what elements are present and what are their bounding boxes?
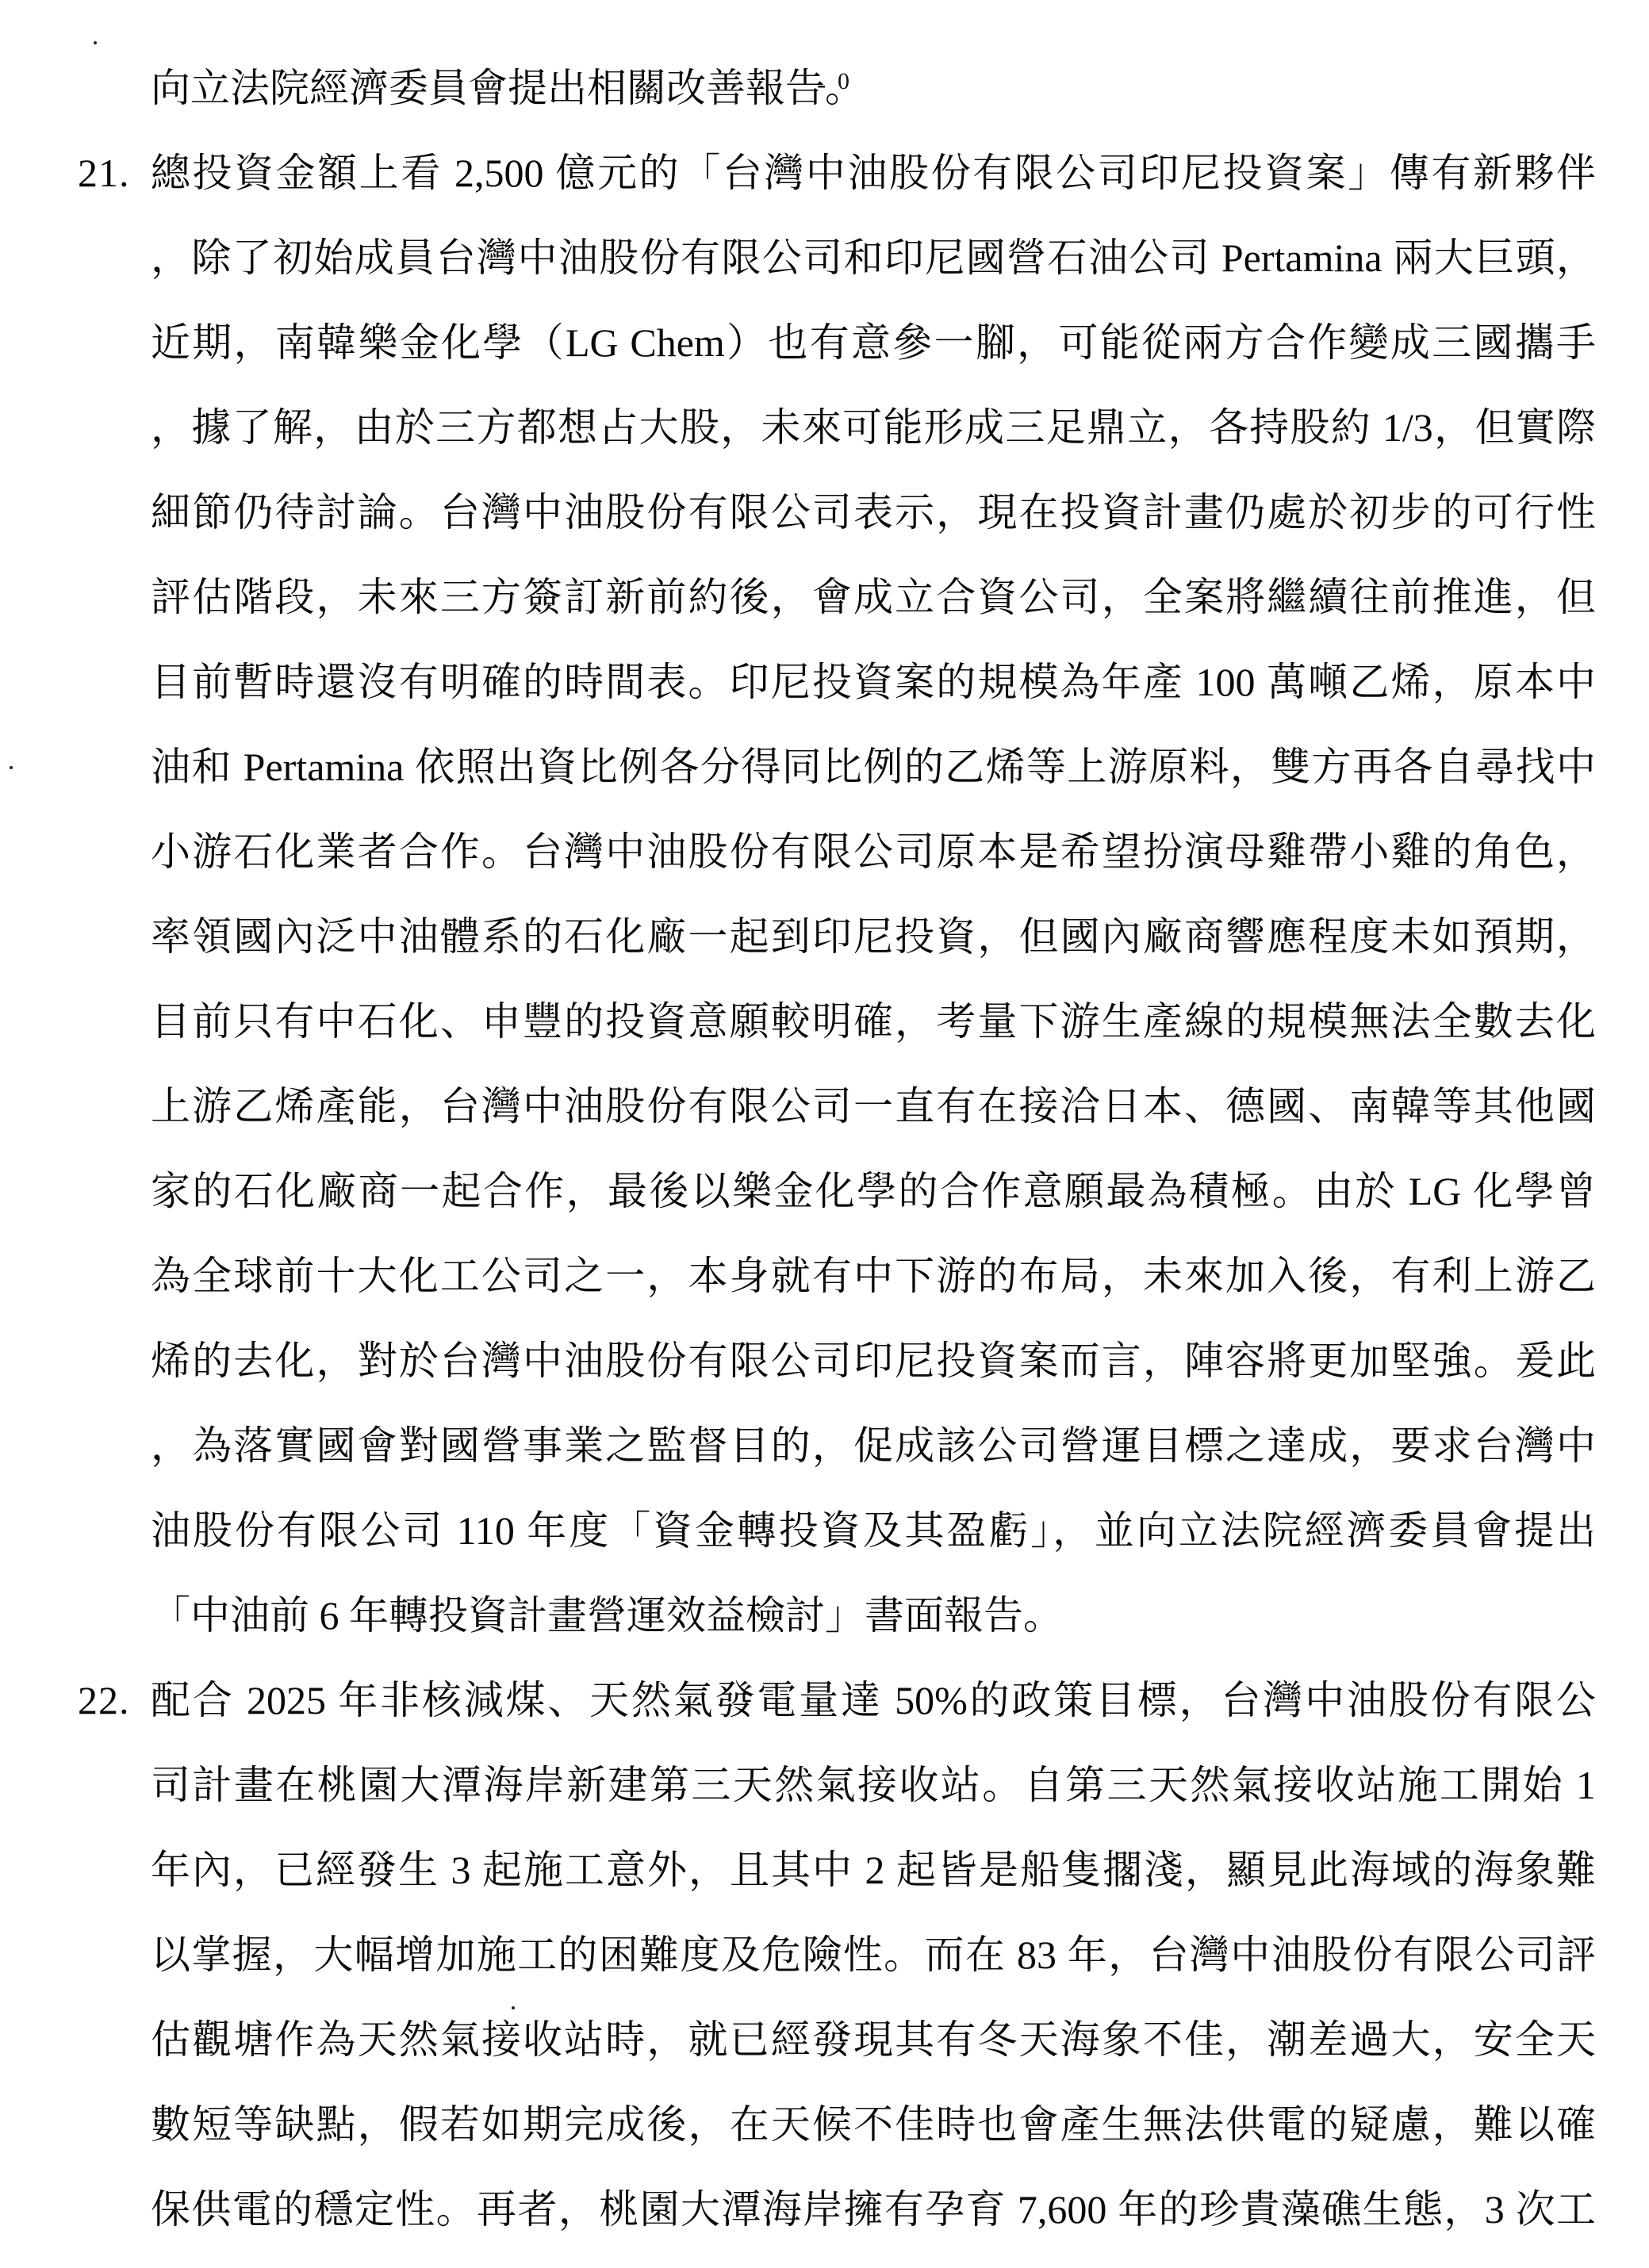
scan-speck [512, 2006, 515, 2009]
text-line: 上游乙烯產能，台灣中油股份有限公司一直有在接洽日本、德國、南韓等其他國 [151, 1064, 1596, 1149]
line-text: 細節仍待討論。台灣中油股份有限公司表示，現在投資計畫仍處於初步的可行性 [151, 490, 1596, 534]
line-text: 估觀塘作為天然氣接收站時，就已經發現其有冬天海象不佳，潮差過大，安全天 [151, 2017, 1596, 2062]
line-text: 烯的去化，對於台灣中油股份有限公司印尼投資案而言，陣容將更加堅強。爰此 [151, 1339, 1596, 1383]
line-text: 上游乙烯產能，台灣中油股份有限公司一直有在接洽日本、德國、南韓等其他國 [151, 1084, 1596, 1128]
line-text: ，據了解，由於三方都想占大股，未來可能形成三足鼎立，各持股約 1/3，但實際 [151, 405, 1596, 450]
document-text-block: 向立法院經濟委員會提出相關改善報告。 21.總投資金額上看 2,500 億元的「… [151, 46, 1596, 2252]
text-line: 22.配合 2025 年非核減煤、天然氣發電量達 50%的政策目標，台灣中油股份… [151, 1658, 1596, 1743]
item-number: 21. [78, 131, 130, 216]
line-text: 年內，已經發生 3 起施工意外，且其中 2 起皆是船隻擱淺，顯見此海域的海象難 [151, 1848, 1596, 1892]
text-line: 目前只有中石化、申豐的投資意願較明確，考量下游生產線的規模無法全數去化 [151, 979, 1596, 1064]
text-line: 21.總投資金額上看 2,500 億元的「台灣中油股份有限公司印尼投資案」傳有新… [151, 131, 1596, 216]
text-line: 估觀塘作為天然氣接收站時，就已經發現其有冬天海象不佳，潮差過大，安全天 [151, 1998, 1596, 2082]
line-text: ，除了初始成員台灣中油股份有限公司和印尼國營石油公司 Pertamina 兩大巨… [151, 236, 1596, 280]
document-page: 向立法院經濟委員會提出相關改善報告。 21.總投資金額上看 2,500 億元的「… [0, 0, 1649, 2268]
text-line: ，為落實國會對國營事業之監督目的，促成該公司營運目標之達成，要求台灣中 [151, 1404, 1596, 1488]
line-text: ，為落實國會對國營事業之監督目的，促成該公司營運目標之達成，要求台灣中 [151, 1423, 1596, 1468]
line-text: 「中油前 6 年轉投資計畫營運效益檢討」書面報告。 [151, 1593, 1063, 1638]
line-text: 評估階段，未來三方簽訂新前約後，會成立合資公司，全案將繼續往前推進，但 [151, 575, 1596, 619]
text-line: 向立法院經濟委員會提出相關改善報告。 [151, 46, 1596, 131]
text-line: 率領國內泛中油體系的石化廠一起到印尼投資，但國內廠商響應程度未如預期， [151, 895, 1596, 979]
text-line: 烯的去化，對於台灣中油股份有限公司印尼投資案而言，陣容將更加堅強。爰此 [151, 1319, 1596, 1404]
line-text: 總投資金額上看 2,500 億元的「台灣中油股份有限公司印尼投資案」傳有新夥伴 [151, 151, 1596, 195]
line-text: 數短等缺點，假若如期完成後，在天候不佳時也會產生無法供電的疑慮，難以確 [151, 2102, 1596, 2147]
text-line: 油和 Pertamina 依照出資比例各分得同比例的乙烯等上游原料，雙方再各自尋… [151, 725, 1596, 810]
item-number: 22. [78, 1658, 130, 1743]
line-text: 近期，南韓樂金化學（LG Chem）也有意參一腳，可能從兩方合作變成三國攜手 [151, 320, 1596, 365]
text-line: 家的石化廠商一起合作，最後以樂金化學的合作意願最為積極。由於 LG 化學曾 [151, 1149, 1596, 1234]
text-line: ，除了初始成員台灣中油股份有限公司和印尼國營石油公司 Pertamina 兩大巨… [151, 216, 1596, 301]
line-text: 保供電的穩定性。再者，桃園大潭海岸擁有孕育 7,600 年的珍貴藻礁生態，3 次… [151, 2187, 1596, 2232]
text-line: 油股份有限公司 110 年度「資金轉投資及其盈虧」，並向立法院經濟委員會提出 [151, 1488, 1596, 1573]
scan-speck [94, 41, 97, 44]
scan-noise-dash: - [817, 71, 826, 98]
line-text: 為全球前十大化工公司之一，本身就有中下游的布局，未來加入後，有利上游乙 [151, 1254, 1596, 1298]
text-line: 數短等缺點，假若如期完成後，在天候不佳時也會產生無法供電的疑慮，難以確 [151, 2082, 1596, 2167]
text-line: 為全球前十大化工公司之一，本身就有中下游的布局，未來加入後，有利上游乙 [151, 1234, 1596, 1319]
text-line: ，據了解，由於三方都想占大股，未來可能形成三足鼎立，各持股約 1/3，但實際 [151, 385, 1596, 470]
text-line: 細節仍待討論。台灣中油股份有限公司表示，現在投資計畫仍處於初步的可行性 [151, 470, 1596, 555]
line-text: 目前暫時還沒有明確的時間表。印尼投資案的規模為年產 100 萬噸乙烯，原本中 [151, 660, 1596, 704]
text-line: 以掌握，大幅增加施工的困難度及危險性。而在 83 年，台灣中油股份有限公司評 [151, 1913, 1596, 1998]
line-text: 油和 Pertamina 依照出資比例各分得同比例的乙烯等上游原料，雙方再各自尋… [151, 745, 1596, 789]
line-text: 目前只有中石化、申豐的投資意願較明確，考量下游生產線的規模無法全數去化 [151, 999, 1596, 1044]
text-line: 評估階段，未來三方簽訂新前約後，會成立合資公司，全案將繼續往前推進，但 [151, 555, 1596, 640]
line-text: 向立法院經濟委員會提出相關改善報告。 [151, 66, 865, 110]
scan-speck [10, 766, 13, 769]
text-line: 小游石化業者合作。台灣中油股份有限公司原本是希望扮演母雞帶小雞的角色， [151, 810, 1596, 895]
line-text: 家的石化廠商一起合作，最後以樂金化學的合作意願最為積極。由於 LG 化學曾 [151, 1169, 1596, 1213]
text-line: 近期，南韓樂金化學（LG Chem）也有意參一腳，可能從兩方合作變成三國攜手 [151, 301, 1596, 385]
scan-speck [350, 1121, 353, 1124]
line-text: 小游石化業者合作。台灣中油股份有限公司原本是希望扮演母雞帶小雞的角色， [151, 829, 1596, 874]
line-text: 以掌握，大幅增加施工的困難度及危險性。而在 83 年，台灣中油股份有限公司評 [151, 1933, 1596, 1977]
text-line: 司計畫在桃園大潭海岸新建第三天然氣接收站。自第三天然氣接收站施工開始 1 [151, 1743, 1596, 1828]
line-text: 配合 2025 年非核減煤、天然氣發電量達 50%的政策目標，台灣中油股份有限公 [151, 1678, 1596, 1722]
line-text: 油股份有限公司 110 年度「資金轉投資及其盈虧」，並向立法院經濟委員會提出 [151, 1508, 1596, 1553]
text-line: 「中油前 6 年轉投資計畫營運效益檢討」書面報告。 [151, 1573, 1596, 1658]
text-line: 年內，已經發生 3 起施工意外，且其中 2 起皆是船隻擱淺，顯見此海域的海象難 [151, 1828, 1596, 1913]
line-text: 率領國內泛中油體系的石化廠一起到印尼投資，但國內廠商響應程度未如預期， [151, 914, 1596, 959]
text-line: 保供電的穩定性。再者，桃園大潭海岸擁有孕育 7,600 年的珍貴藻礁生態，3 次… [151, 2167, 1596, 2252]
scan-noise-zero: 0 [838, 68, 849, 95]
line-text: 司計畫在桃園大潭海岸新建第三天然氣接收站。自第三天然氣接收站施工開始 1 [151, 1763, 1596, 1807]
text-line: 目前暫時還沒有明確的時間表。印尼投資案的規模為年產 100 萬噸乙烯，原本中 [151, 640, 1596, 725]
